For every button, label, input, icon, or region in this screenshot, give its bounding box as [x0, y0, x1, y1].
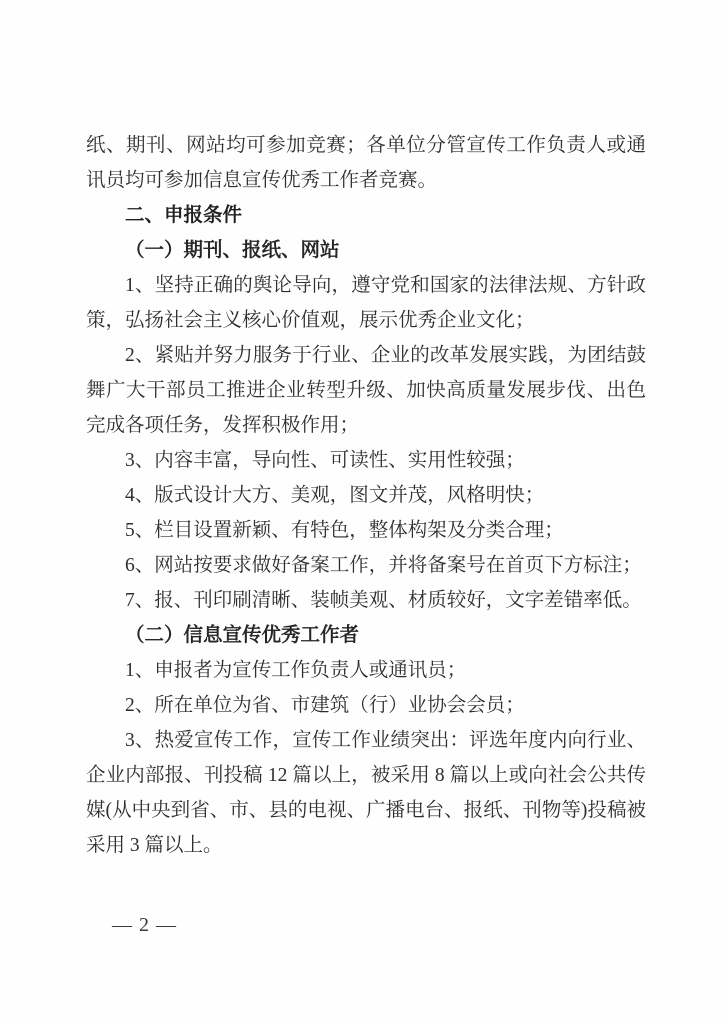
media-condition-item-3: 3、内容丰富，导向性、可读性、实用性较强； — [86, 443, 646, 478]
subheading-outstanding-publicity-workers: （二）信息宣传优秀工作者 — [86, 618, 646, 653]
heading-application-conditions: 二、申报条件 — [86, 198, 646, 233]
paragraph-continuation: 纸、期刊、网站均可参加竞赛；各单位分管宣传工作负责人或通讯员均可参加信息宣传优秀… — [86, 128, 646, 198]
page-footer: — 2 — — [112, 912, 177, 938]
page-number: — 2 — — [112, 914, 177, 936]
media-condition-item-4: 4、版式设计大方、美观，图文并茂，风格明快； — [86, 478, 646, 513]
worker-condition-item-1: 1、申报者为宣传工作负责人或通讯员； — [86, 653, 646, 688]
media-condition-item-1: 1、坚持正确的舆论导向，遵守党和国家的法律法规、方针政策，弘扬社会主义核心价值观… — [86, 268, 646, 338]
worker-condition-item-3: 3、热爱宣传工作，宣传工作业绩突出：评选年度内向行业、企业内部报、刊投稿 12 … — [86, 723, 646, 863]
subheading-periodicals-newspapers-websites: （一）期刊、报纸、网站 — [86, 233, 646, 268]
media-condition-item-6: 6、网站按要求做好备案工作，并将备案号在首页下方标注； — [86, 548, 646, 583]
document-body: 纸、期刊、网站均可参加竞赛；各单位分管宣传工作负责人或通讯员均可参加信息宣传优秀… — [86, 128, 646, 863]
media-condition-item-2: 2、紧贴并努力服务于行业、企业的改革发展实践，为团结鼓舞广大干部员工推进企业转型… — [86, 338, 646, 443]
media-condition-item-7: 7、报、刊印刷清晰、装帧美观、材质较好，文字差错率低。 — [86, 583, 646, 618]
worker-condition-item-2: 2、所在单位为省、市建筑（行）业协会会员； — [86, 688, 646, 723]
document-page: 纸、期刊、网站均可参加竞赛；各单位分管宣传工作负责人或通讯员均可参加信息宣传优秀… — [0, 0, 724, 1024]
media-condition-item-5: 5、栏目设置新颖、有特色，整体构架及分类合理； — [86, 513, 646, 548]
